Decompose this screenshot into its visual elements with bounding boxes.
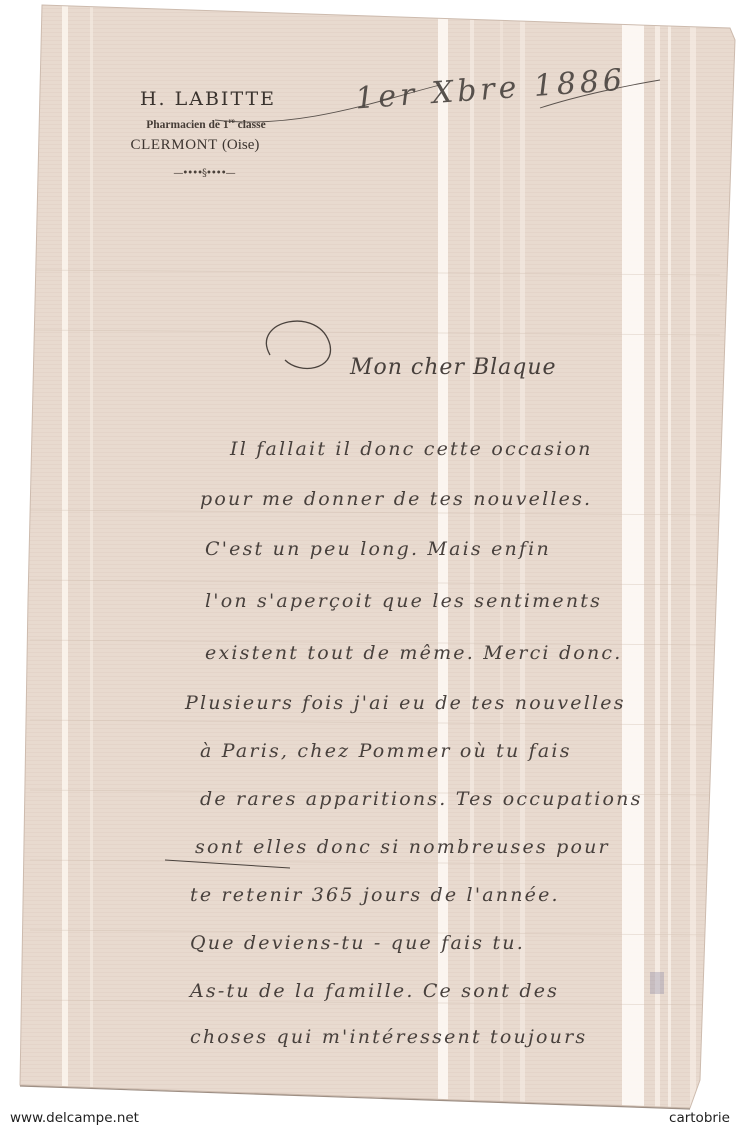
source-watermark: www.delcampe.net <box>10 1110 139 1126</box>
letter-sheet: H. LABITTE Pharmacien de 1re classe CLER… <box>0 0 740 1132</box>
salutation: Mon cher Blaque <box>350 355 557 380</box>
title-prefix: Pharmacien de 1 <box>146 119 228 131</box>
letter-line: As-tu de la famille. Ce sont des <box>190 980 559 1002</box>
letter-line: existent tout de même. Merci donc. <box>205 642 622 664</box>
letter-line: te retenir 365 jours de l'année. <box>190 884 560 906</box>
letter-line: C'est un peu long. Mais enfin <box>205 538 551 560</box>
letter-line: l'on s'aperçoit que les sentiments <box>205 590 602 612</box>
letter-line: sont elles donc si nombreuses pour <box>195 836 610 858</box>
letter-line: de rares apparitions. Tes occupations <box>200 788 643 810</box>
letter-line: choses qui m'intéressent toujours <box>190 1026 587 1048</box>
title-suffix: classe <box>235 119 266 131</box>
city: CLERMONT <box>131 137 218 153</box>
letter-line: Il fallait il donc cette occasion <box>230 438 593 460</box>
letter-line: à Paris, chez Pommer où tu fais <box>200 740 572 762</box>
letter-line: Plusieurs fois j'ai eu de tes nouvelles <box>185 692 626 714</box>
pharmacist-title: Pharmacien de 1re classe <box>102 117 310 131</box>
letter-line: Que deviens-tu - que fais tu. <box>190 932 525 954</box>
city-line: CLERMONT (Oise) <box>80 137 310 154</box>
pharmacist-name: H. LABITTE <box>106 88 310 110</box>
letter-line: pour me donner de tes nouvelles. <box>200 488 592 510</box>
ornament-divider-icon: —••••§••••— <box>98 168 310 179</box>
letterhead: H. LABITTE Pharmacien de 1re classe CLER… <box>80 80 310 179</box>
department: (Oise) <box>222 137 260 153</box>
seller-watermark: cartobrie <box>669 1110 730 1126</box>
